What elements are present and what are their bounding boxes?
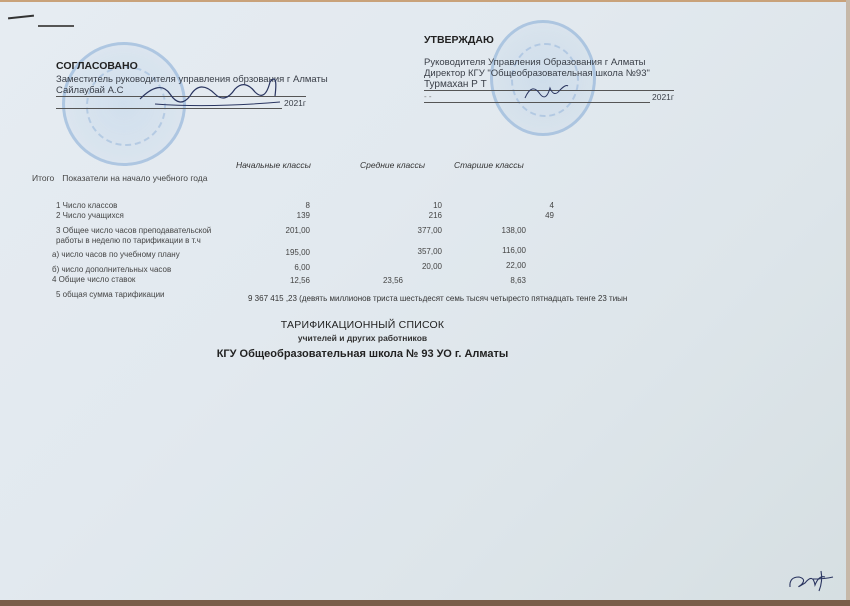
signature-left: [130, 74, 280, 114]
stats-value: 10: [382, 201, 442, 210]
approval-right-heading: УТВЕРЖДАЮ: [424, 35, 674, 46]
document-subtitle: учителей и других работников: [0, 333, 725, 343]
stats-row-label: а) число часов по учебному плану: [52, 250, 180, 259]
stats-value: 357,00: [382, 247, 442, 256]
stats-value: 116,00: [466, 246, 526, 255]
stats-value: 12,56: [250, 276, 310, 285]
stats-value: 139: [250, 211, 310, 220]
stats-value: 8: [250, 201, 310, 210]
column-header-senior: Старшие классы: [454, 160, 524, 170]
stats-value: 20,00: [382, 262, 442, 271]
stats-value: 4: [494, 201, 554, 210]
stats-value: 377,00: [382, 226, 442, 235]
signature-bottom: [785, 567, 835, 593]
document-page: СОГЛАСОВАНО Заместитель руководителя упр…: [0, 2, 846, 600]
approval-right-year: 2021г: [652, 92, 674, 103]
document-title: ТАРИФИКАЦИОННЫЙ СПИСОК: [0, 319, 725, 331]
stats-row-label: 5 общая сумма тарификации: [56, 290, 165, 299]
stats-value: 195,00: [250, 248, 310, 257]
total-label: Итого: [32, 173, 54, 183]
stats-row-label: 4 Общие число ставок: [52, 275, 135, 284]
stats-row-label: 3 Общее число часов преподавательской: [56, 226, 211, 235]
stats-value: 22,00: [466, 261, 526, 270]
stats-value: 6,00: [250, 263, 310, 272]
approval-left-heading: СОГЛАСОВАНО: [56, 61, 306, 72]
pen-mark: [38, 25, 74, 27]
column-header-middle: Средние классы: [360, 160, 425, 170]
organization-name: КГУ Общеобразовательная школа № 93 УО г.…: [0, 348, 725, 360]
stats-row-label: 2 Число учащихся: [56, 211, 124, 220]
background-edge: [846, 0, 850, 606]
stats-row-label: б) число дополнительных часов: [52, 265, 171, 274]
stats-value: 49: [494, 211, 554, 220]
stats-row-label-cont: работы в неделю по тарификации в т.ч: [56, 236, 201, 245]
signature-right: [520, 80, 570, 106]
stats-value: 8,63: [466, 276, 526, 285]
approval-right-position-1: Руководителя Управления Образования г Ал…: [424, 57, 674, 68]
stats-value: 216: [382, 211, 442, 220]
stats-title: ИтогоПоказатели на начало учебного года: [32, 173, 215, 183]
stats-value: 201,00: [250, 226, 310, 235]
stats-row-label: 1 Число классов: [56, 201, 117, 210]
stats-value: 23,56: [343, 276, 403, 285]
approval-left-year: 2021г: [284, 98, 306, 109]
column-header-primary: Начальные классы: [236, 160, 311, 170]
pen-mark: [8, 15, 34, 20]
background-edge: [0, 600, 850, 606]
approval-right-position-2: Директор КГУ "Общеобразовательная школа …: [424, 68, 674, 79]
stats-title-text: Показатели на начало учебного года: [62, 173, 207, 183]
stats-value: 138,00: [466, 226, 526, 235]
total-sum: 9 367 415 ,23 (девять миллионов триста ш…: [248, 294, 627, 303]
